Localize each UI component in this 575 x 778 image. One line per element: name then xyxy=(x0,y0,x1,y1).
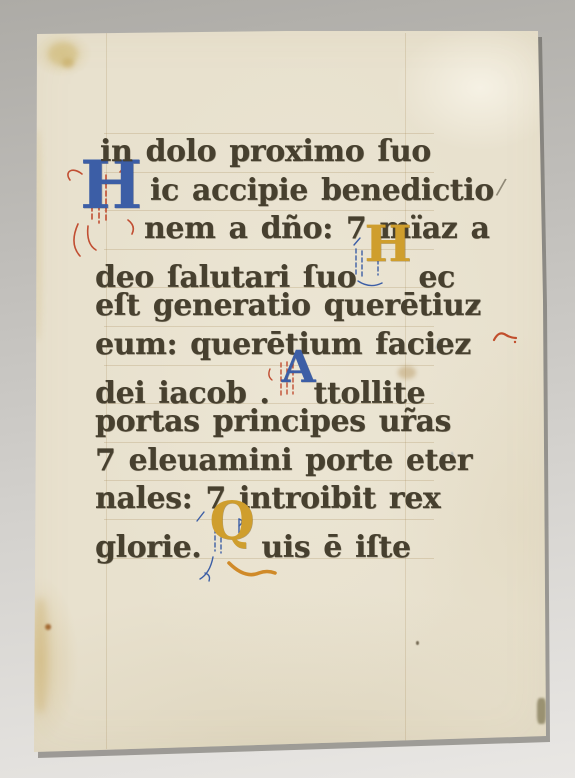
manuscript-line-3: nem a dño: 7 mïaz a xyxy=(144,210,490,248)
gothic-text: uis ē iſte xyxy=(261,530,410,565)
edge-mark-bottomright xyxy=(537,698,546,724)
gothic-text: ic accipie benedictio xyxy=(150,173,494,208)
hairline-stroke: / xyxy=(493,168,508,207)
manuscript-line-9: 7 eleuamini porte eter xyxy=(95,442,472,480)
manuscript-line-2: ic accipie benedictio/ xyxy=(150,172,503,210)
gothic-text: in dolo proximo ſuo xyxy=(100,134,431,169)
gothic-text: 7 eleuamini porte eter xyxy=(95,443,472,478)
vellum-leaf: H in dolo proximo ſuoic accipie benedict… xyxy=(0,0,575,778)
illuminated-initial-a: A xyxy=(269,365,313,403)
manuscript-line-11: glorie. Q uis ē iſte xyxy=(95,519,411,557)
initial-letter: A xyxy=(281,349,315,387)
manuscript-line-8: portas principes ur̃as xyxy=(95,403,451,441)
gothic-text: glorie. xyxy=(95,530,201,565)
edge-stain-left-mid xyxy=(34,130,42,340)
edge-stain-left-bottom xyxy=(33,598,48,713)
manuscript-line-1: in dolo proximo ſuo xyxy=(100,133,431,171)
speck-dark-lower xyxy=(416,641,419,645)
illuminated-initial-q: Q xyxy=(201,519,261,557)
manuscript-line-4: deo ſalutari ſuo Hec xyxy=(95,249,455,287)
stain-yellow-topleft-2 xyxy=(62,58,74,68)
initial-letter: H xyxy=(364,225,411,263)
gothic-text: portas principes ur̃as xyxy=(95,404,451,439)
manuscript-line-5: eſt generatio querētiuz xyxy=(95,287,481,325)
illuminated-initial-h: H xyxy=(356,249,418,287)
gothic-text: nales: 7 introibit rex xyxy=(95,481,440,516)
manuscript-line-7: dei iacob . Attollite xyxy=(95,365,425,403)
initial-tail-swash xyxy=(227,559,279,585)
red-squiggle-mark xyxy=(492,326,520,348)
gothic-text: eſt generatio querētiuz xyxy=(95,288,481,323)
gothic-text: nem a dño: 7 mïaz a xyxy=(144,211,490,246)
manuscript-photo: H in dolo proximo ſuoic accipie benedict… xyxy=(0,0,575,778)
manuscript-line-10: nales: 7 introibit rex xyxy=(95,480,440,518)
initial-letter: Q xyxy=(209,503,254,541)
